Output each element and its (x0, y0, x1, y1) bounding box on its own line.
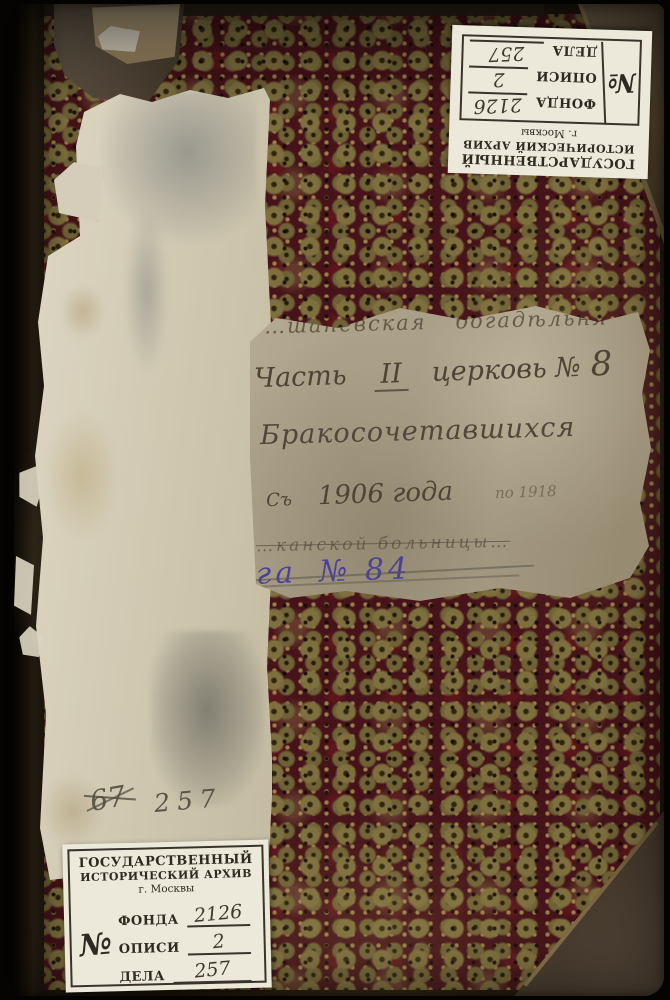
delo-value: 257 (469, 39, 544, 65)
yellow-stain (44, 411, 119, 541)
pencil-crossed-number: 67 (87, 779, 128, 818)
stamp-row-fond: ФОНДА 2126 (467, 91, 596, 121)
gray-streak (124, 206, 169, 376)
opis-label: ОПИСИ (536, 68, 597, 85)
book-cover-photo: 67 257 …шаневская богадѣльня ЧастьIIцерк… (0, 0, 670, 1000)
stamp-number-sign: № (601, 41, 640, 124)
stamp-number-table: № ФОНДА 2126 ОПИСИ 2 ДЕЛА 257 (78, 897, 258, 989)
stamp-number-table: № ФОНДА 2126 ОПИСИ 2 ДЕЛА 257 (459, 34, 642, 126)
handwritten-title-label: …шаневская богадѣльня ЧастьIIцерковь №8 … (250, 298, 652, 610)
book-word-fragment: га (255, 555, 297, 591)
label-line-years: Съ1906 годапо 1918 (266, 473, 558, 513)
dark-ink-blot (150, 631, 265, 806)
fond-value: 2126 (186, 902, 250, 928)
delo-label: ДЕЛА (119, 969, 165, 985)
archive-stamp-bottom: ГОСУДАРСТВЕННЫЙ ИСТОРИЧЕСКИЙ АРХИВ г. Мо… (62, 840, 272, 993)
stamp-row-delo: ДЕЛА 257 (469, 39, 598, 69)
label-line-part-church: ЧастьIIцерковь №8 (253, 344, 613, 396)
stamp-row-fond: ФОНДА 2126 (118, 898, 251, 929)
church-word: церковь № (431, 352, 581, 388)
pencil-case-number: 257 (153, 783, 224, 818)
year-prefix: Съ (266, 489, 292, 511)
delo-label: ДЕЛА (552, 42, 598, 58)
book-number: № 84 (318, 551, 411, 589)
yellow-stain (60, 284, 105, 339)
label-line-book-number: га№ 84 (255, 551, 411, 591)
stamp-number-sign: № (75, 899, 117, 990)
stamp-rows: ФОНДА 2126 ОПИСИ 2 ДЕЛА 257 (112, 897, 258, 988)
stamp-row-opis: ОПИСИ 2 (118, 926, 251, 957)
fond-label: ФОНДА (535, 94, 596, 111)
stamp-rows: ФОНДА 2126 ОПИСИ 2 ДЕЛА 257 (461, 36, 604, 122)
year-from: 1906 года (317, 477, 453, 512)
opis-value: 2 (468, 65, 528, 91)
fond-value: 2126 (468, 91, 528, 117)
opis-label: ОПИСИ (119, 941, 180, 957)
church-number: 8 (590, 344, 613, 385)
part-numeral: II (374, 358, 408, 392)
stamp-row-opis: ОПИСИ 2 (468, 65, 597, 95)
part-word: Часть (254, 360, 347, 394)
fond-label: ФОНДА (118, 913, 179, 929)
stamp-frame: ГОСУДАРСТВЕННЫЙ ИСТОРИЧЕСКИЙ АРХИВ г. Мо… (67, 845, 266, 988)
year-to: по 1918 (495, 482, 557, 502)
archive-stamp-top-upside-down: ГОСУДАРСТВЕННЫЙ ИСТОРИЧЕСКИЙ АРХИВ г. Мо… (448, 25, 653, 179)
opis-value: 2 (187, 930, 251, 956)
stamp-row-delo: ДЕЛА 257 (119, 954, 252, 985)
delo-value: 257 (173, 958, 252, 984)
label-line-record-type: Бракосочетавшихся (260, 412, 576, 451)
book-cover: 67 257 …шаневская богадѣльня ЧастьIIцерк… (14, 4, 664, 996)
